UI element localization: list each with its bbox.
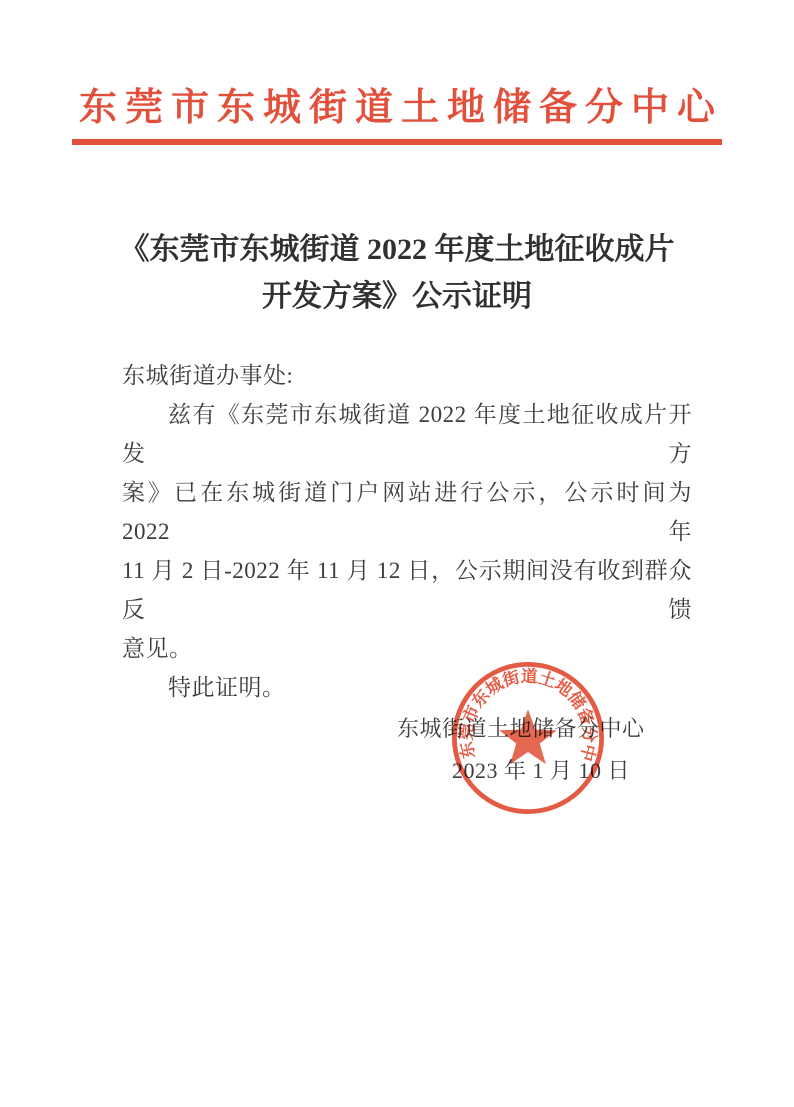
official-seal-graphic: 东莞市东城街道土地储备分中心: [446, 658, 610, 818]
salutation: 东城街道办事处:: [122, 356, 692, 395]
scanned-document-page: 东莞市东城街道土地储备分中心 《东莞市东城街道 2022 年度土地征收成片 开发…: [0, 0, 794, 1107]
letterhead-divider-rule: [72, 139, 722, 145]
official-seal: 东莞市东城街道土地储备分中心: [446, 658, 610, 818]
document-title-line-1: 《东莞市东城街道 2022 年度土地征收成片: [0, 226, 794, 273]
document-body: 东城街道办事处: 兹有《东莞市东城街道 2022 年度土地征收成片开发方 案》已…: [122, 356, 692, 707]
body-line: 兹有《东莞市东城街道 2022 年度土地征收成片开发方: [122, 395, 692, 473]
body-line: 案》已在东城街道门户网站进行公示，公示时间为 2022 年: [122, 473, 692, 551]
letterhead-org-name: 东莞市东城街道土地储备分中心: [0, 76, 794, 131]
document-title: 《东莞市东城街道 2022 年度土地征收成片 开发方案》公示证明: [0, 226, 794, 320]
document-title-line-2: 开发方案》公示证明: [0, 273, 794, 320]
seal-star-icon: [499, 709, 557, 764]
body-line: 11 月 2 日-2022 年 11 月 12 日，公示期间没有收到群众反馈: [122, 551, 692, 629]
